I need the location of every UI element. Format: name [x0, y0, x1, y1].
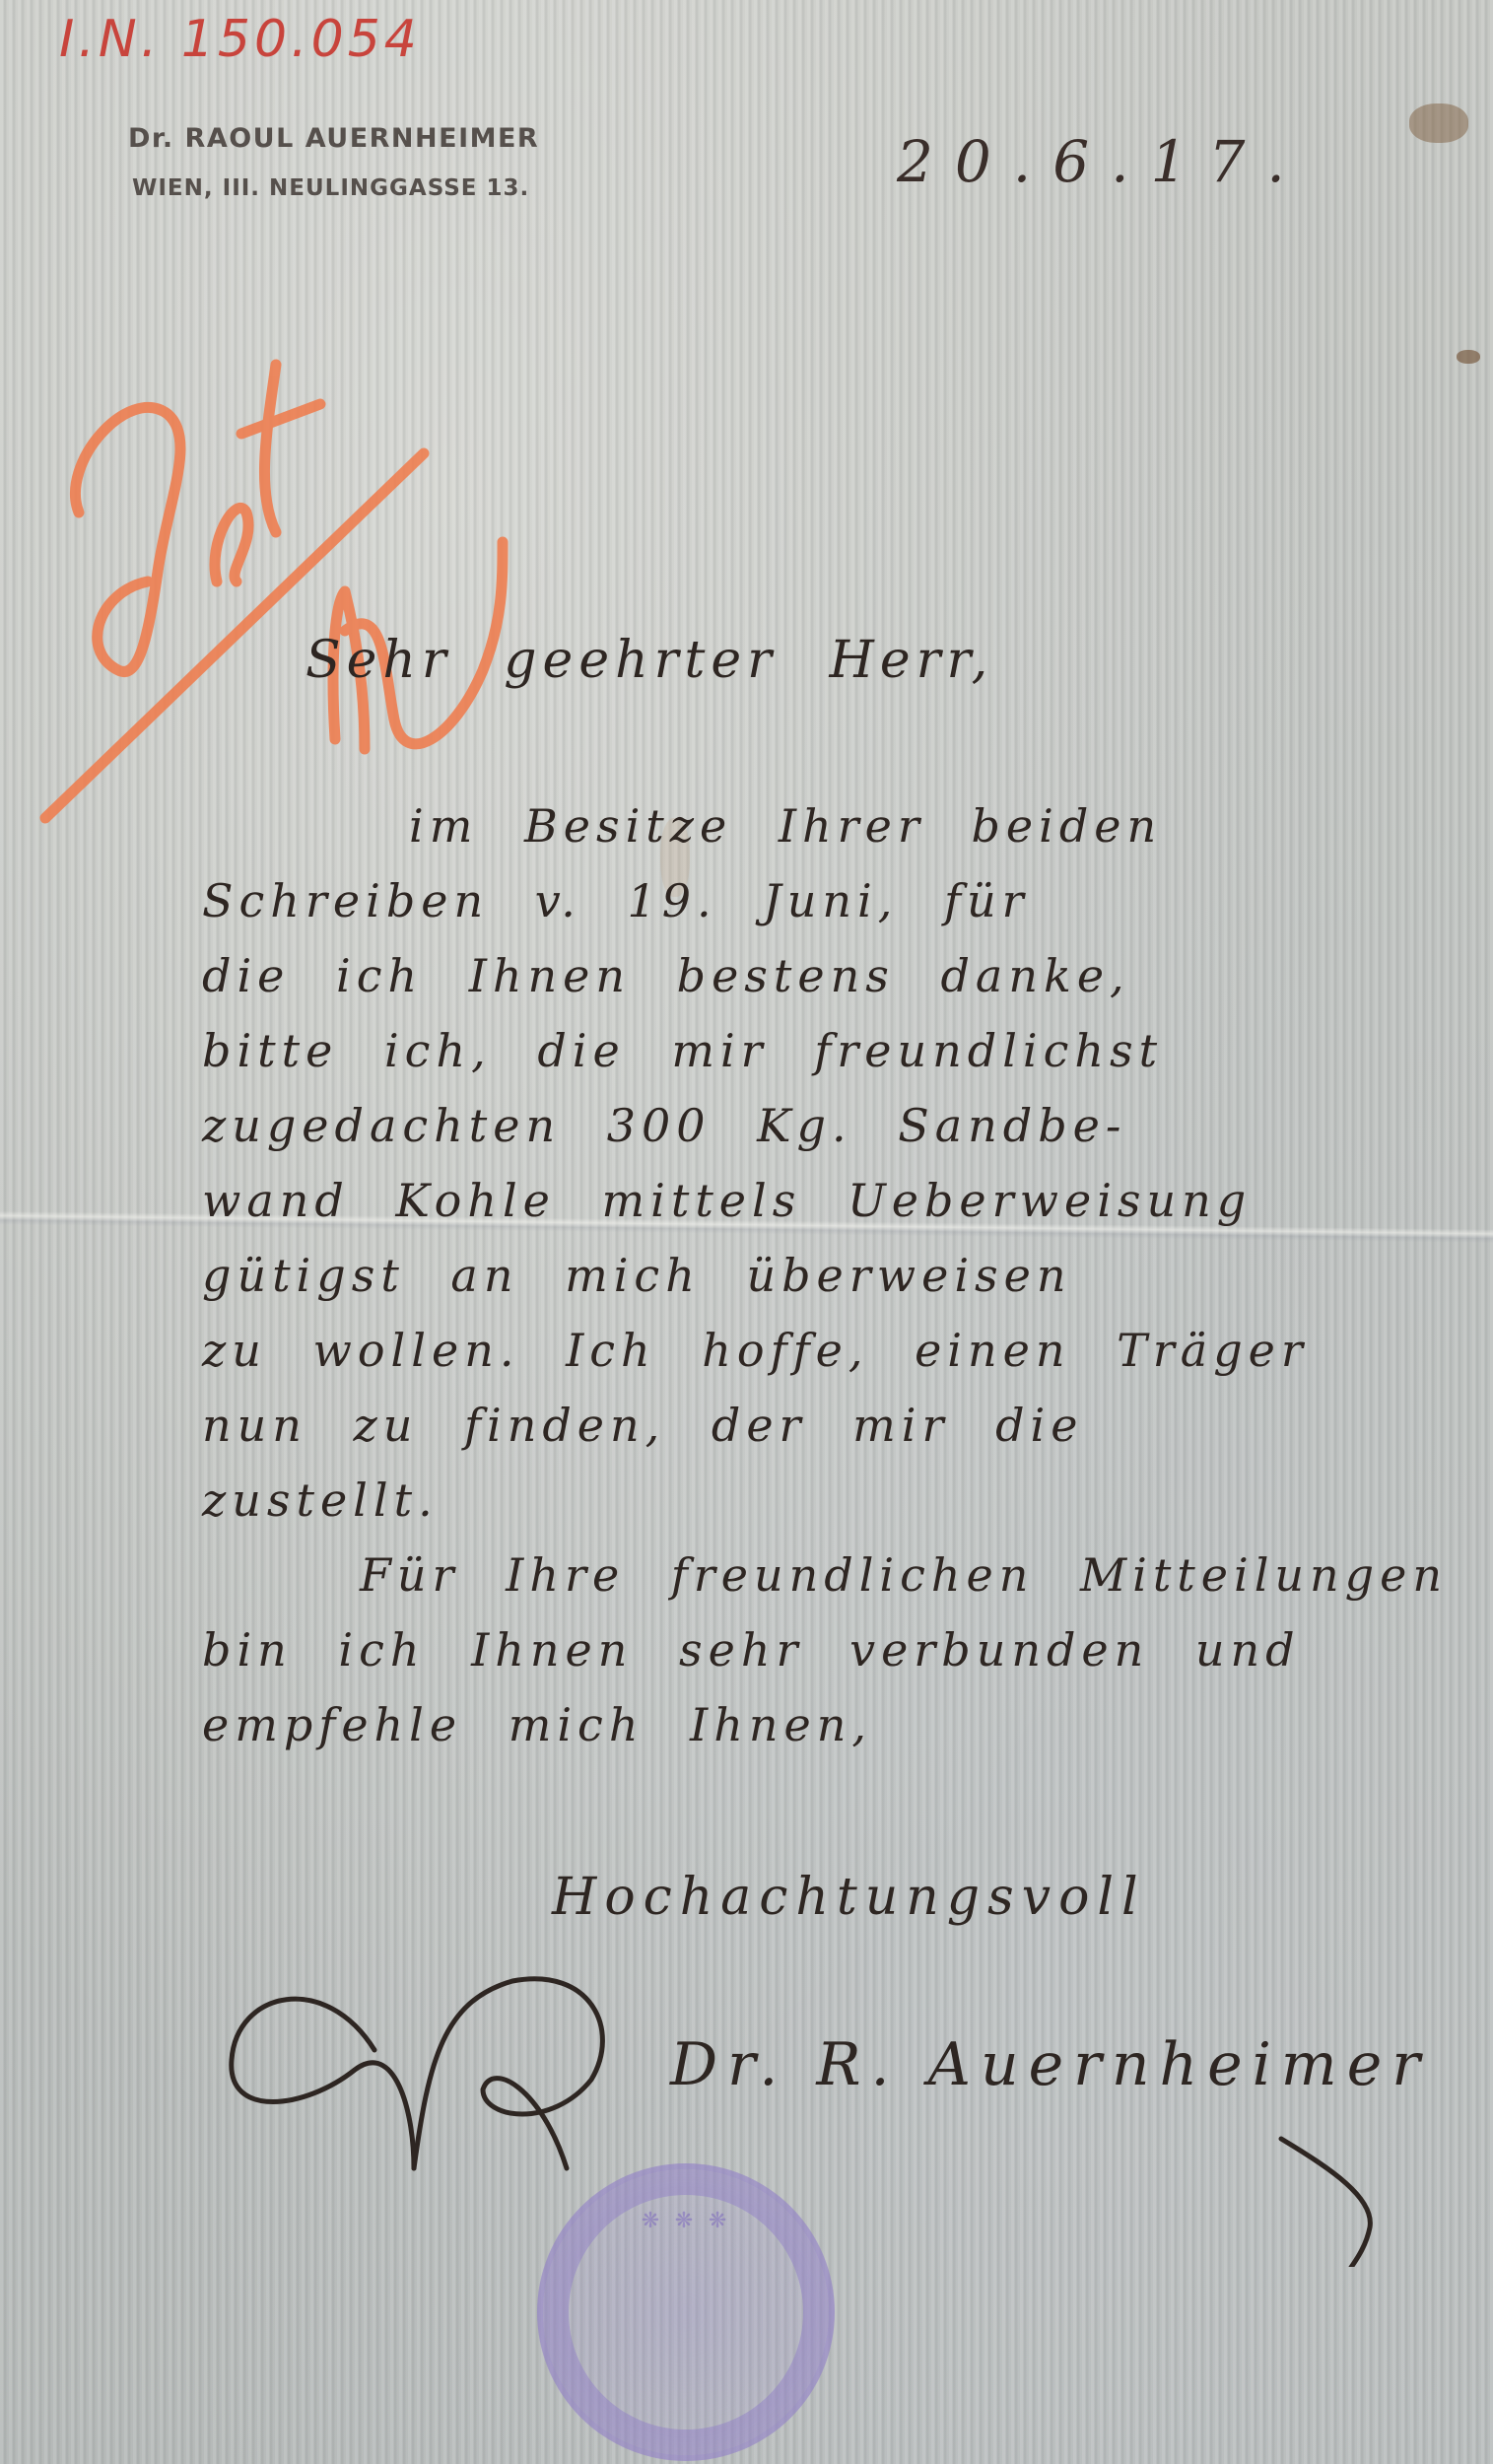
letter-line: bitte ich, die mir freundlichst [202, 1013, 1444, 1088]
letter-salutation: Sehr geehrter Herr, [305, 631, 993, 690]
letter-line: gütigst an mich überweisen [202, 1238, 1444, 1313]
letter-line: Schreiben v. 19. Juni, für [202, 863, 1444, 938]
letter-line: Für Ihre freundlichen Mitteilungen [202, 1538, 1444, 1612]
letter-sheet: I.N. 150.054 Dr. RAOUL AUERNHEIMER WIEN,… [0, 0, 1493, 2464]
letter-line: wand Kohle mittels Ueberweisung [202, 1163, 1444, 1238]
letter-line: zustellt. [202, 1463, 1444, 1538]
letter-body: im Besitze Ihrer beiden Schreiben v. 19.… [202, 788, 1444, 1762]
letter-line: die ich Ihnen bestens danke, [202, 938, 1444, 1013]
letter-line: im Besitze Ihrer beiden [202, 788, 1444, 863]
letter-signature: Dr. R. Auernheimer [670, 2030, 1430, 2099]
paper-stain [1457, 350, 1480, 364]
letter-date: 20.6.17. [897, 128, 1307, 195]
letterhead-address: WIEN, III. NEULINGGASSE 13. [128, 175, 539, 201]
letterhead: Dr. RAOUL AUERNHEIMER WIEN, III. NEULING… [128, 123, 539, 201]
archive-stamp: ❋ ❋ ❋ [537, 2163, 835, 2461]
letter-line: nun zu finden, der mir die [202, 1388, 1444, 1463]
letter-line: empfehle mich Ihnen, [202, 1687, 1444, 1762]
crayon-annotation-icon [39, 345, 729, 857]
archive-stamp-text: ❋ ❋ ❋ [543, 2209, 829, 2233]
letter-line: zugedachten 300 Kg. Sandbe- [202, 1088, 1444, 1163]
letter-line: bin ich Ihnen sehr verbunden und [202, 1612, 1444, 1687]
paper-stain [1409, 103, 1468, 143]
inventory-number: I.N. 150.054 [59, 10, 421, 69]
letterhead-name: Dr. RAOUL AUERNHEIMER [128, 123, 539, 154]
letter-line: zu wollen. Ich hoffe, einen Träger [202, 1313, 1444, 1388]
